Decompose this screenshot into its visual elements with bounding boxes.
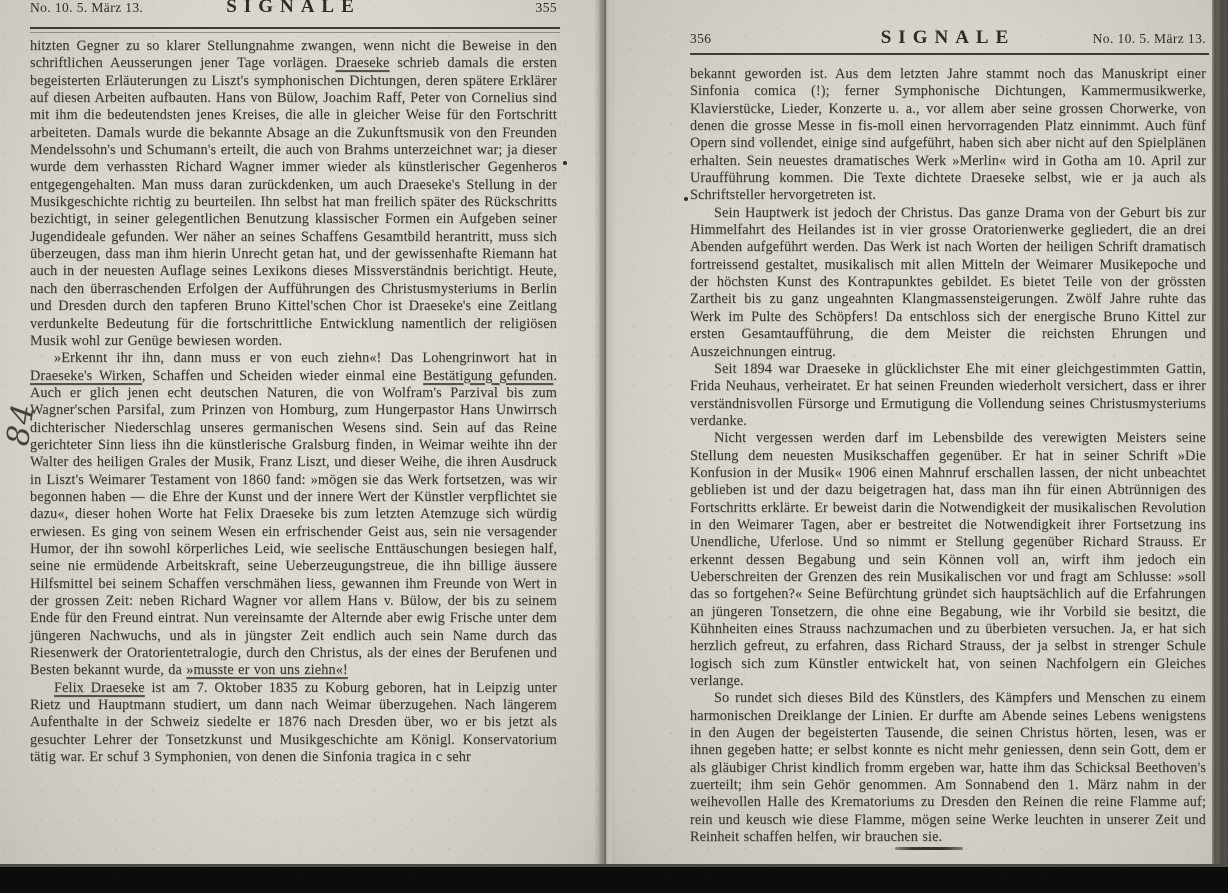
right-text-column: bekannt geworden ist. Aus dem letzten Ja… (690, 66, 1206, 846)
paragraph: bekannt geworden ist. Aus dem letzten Ja… (690, 66, 1206, 205)
left-text-column: hitzten Gegner zu so klarer Stellungnahm… (30, 38, 557, 766)
pencil-underlined-text: Draeseke (335, 55, 389, 71)
paragraph: Felix Draeseke ist am 7. Oktober 1835 zu… (30, 680, 557, 767)
right-page-header: 356 SIGNALE No. 10. 5. März 13. (690, 27, 1206, 49)
text-run: So rundet sich dieses Bild des Künstlers… (690, 690, 1206, 845)
paragraph: Sein Hauptwerk ist jedoch der Christus. … (690, 205, 1206, 361)
margin-mark-dot (684, 197, 688, 201)
scanned-journal-spread: No. 10. 5. März 13. SIGNALE 355 hitzten … (0, 0, 1228, 893)
article-end-divider (895, 847, 963, 850)
issue-info: No. 10. 5. März 13. (1025, 31, 1206, 47)
page-number: 355 (371, 0, 557, 16)
journal-title: SIGNALE (216, 0, 371, 18)
pencil-underlined-text: Felix Draeseke (54, 680, 145, 696)
text-run: Nicht vergessen werden darf im Lebensbil… (690, 430, 1206, 689)
text-run: bekannt geworden ist. Aus dem letzten Ja… (690, 66, 1206, 203)
text-run: »Erkennt ihr ihn, dann muss er von euch … (54, 350, 557, 366)
text-run: Seit 1894 war Draeseke in glücklichster … (690, 361, 1206, 429)
margin-mark-dot (563, 161, 567, 165)
page-edge-line (604, 0, 606, 868)
handwritten-margin-number: 84 (0, 397, 52, 451)
paragraph: Nicht vergessen werden darf im Lebensbil… (690, 430, 1206, 690)
scan-edge-right (1212, 0, 1228, 868)
paragraph: hitzten Gegner zu so klarer Stellungnahm… (30, 38, 557, 350)
header-rule (690, 53, 1209, 55)
pencil-underlined-text: Bestätigung gefunden (423, 368, 553, 384)
text-run: schrieb damals die ersten begeisterten E… (30, 55, 557, 349)
text-run: . Auch er glich jenen echt deutschen Nat… (30, 368, 557, 679)
pencil-underlined-text: Draeseke's Wirken (30, 368, 142, 384)
pencil-underlined-text: »musste er von uns ziehn«! (186, 662, 348, 678)
left-page-header: No. 10. 5. März 13. SIGNALE 355 (30, 0, 557, 18)
paragraph: So rundet sich dieses Bild des Künstlers… (690, 690, 1206, 846)
paragraph: »Erkennt ihr ihn, dann muss er von euch … (30, 350, 557, 680)
header-rule (30, 27, 560, 29)
header-rule-echo (30, 32, 560, 33)
issue-info: No. 10. 5. März 13. (30, 0, 216, 16)
page-number: 356 (690, 31, 871, 47)
scan-edge-bottom (0, 864, 1228, 893)
text-run: Sein Hauptwerk ist jedoch der Christus. … (690, 205, 1206, 360)
journal-title: SIGNALE (871, 27, 1026, 49)
text-run: , Schaffen und Scheiden wieder einmal ei… (142, 368, 423, 384)
paragraph: Seit 1894 war Draeseke in glücklichster … (690, 361, 1206, 430)
right-page: 356 SIGNALE No. 10. 5. März 13. bekannt … (612, 0, 1214, 868)
left-page: No. 10. 5. März 13. SIGNALE 355 hitzten … (0, 0, 600, 868)
